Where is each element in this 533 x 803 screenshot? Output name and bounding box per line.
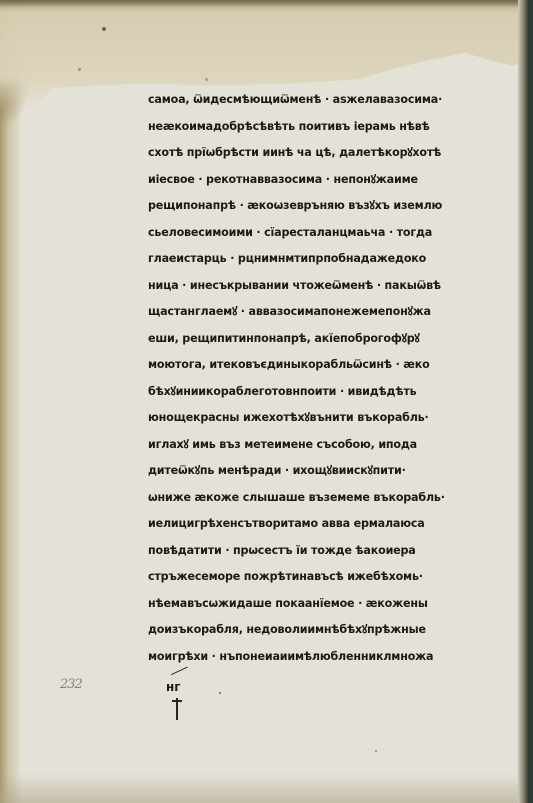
text-line: еши, рещипитинпонапрѣ, акїепоброгофꙋрꙋ [148, 325, 455, 352]
quire-stem-icon [176, 698, 178, 720]
quire-signature: нг [166, 680, 181, 694]
manuscript-page: самоа, ѿидесмѣющиѿменѣ · аѕжелавазосима·… [0, 0, 528, 803]
text-line: неӕкоимадобрѣсѣвѣть поитивъ іерамь нѣвѣ [148, 113, 455, 140]
text-line: юнощекрасны ижехотѣхꙋвънити въкорабль· [148, 404, 455, 431]
page-top-edge [0, 0, 528, 8]
text-line: моигрѣхи · нъпонеиаиимѣлюбленниклмножа [148, 643, 455, 670]
text-line: глаеистарць · рцнимнмтипрпобнадажедоко [148, 245, 455, 272]
text-line: рещипонапрѣ · ӕкоѡзевръняю възꙋхъ иземлю [148, 192, 455, 219]
text-line: нѣемавъсѡжидаше покаанїемое · ӕкожены [148, 590, 455, 617]
text-line: иелицигрѣхенсътворитамо авва ермалаюса [148, 510, 455, 537]
ink-speck [219, 692, 221, 694]
ink-speck [375, 750, 377, 752]
text-line: доизъкорабля, недоволиимнѣбѣхꙋпрѣжные [148, 616, 455, 643]
manuscript-text-block: самоа, ѿидесмѣющиѿменѣ · аѕжелавазосима·… [148, 86, 468, 669]
water-stain-bottom [0, 773, 528, 803]
text-line: моютога, итековъєдиныкорабльѿсинѣ · ӕко [148, 351, 455, 378]
text-line: сьеловесимоими · сїаресталанцмаьча · тог… [148, 219, 455, 246]
ink-speck [102, 27, 106, 31]
pencil-folio-number: 232 [60, 677, 82, 692]
text-line: дитеѿкꙋпь менѣради · ихощꙋвиискꙋпити· [148, 457, 455, 484]
text-line: щастанглаемꙋ · аввазосимапонежемепонꙋжа [148, 298, 455, 325]
text-line: стръжесеморе пожрѣтинавъсѣ ижебѣхомь· [148, 563, 455, 590]
text-line: иглахꙋ имь въз метеимене съсобою, ипода [148, 431, 455, 458]
ink-speck [205, 78, 208, 81]
text-line: бѣхꙋиниикораблеготовнпоити · ивидѣдѣть [148, 378, 455, 405]
text-line: повѣдатити · прѡсестъ їи тожде ѣакоиера [148, 537, 455, 564]
text-line: ѡниже ӕкоже слышаше въземеме въкорабль· [148, 484, 455, 511]
binding-edge [518, 0, 528, 803]
ink-speck [78, 68, 81, 71]
text-line: схотѣ прїѡбрѣсти иинѣ ча цѣ, далетѣкорꙋх… [148, 139, 455, 166]
text-line: иіесвое · рекотнаввазосима · непонꙋжаиме [148, 166, 455, 193]
text-line: ница · инесъкрывании чтожеѿменѣ · пакыѿв… [148, 272, 455, 299]
text-line: самоа, ѿидесмѣющиѿменѣ · аѕжелавазосима· [148, 86, 455, 113]
